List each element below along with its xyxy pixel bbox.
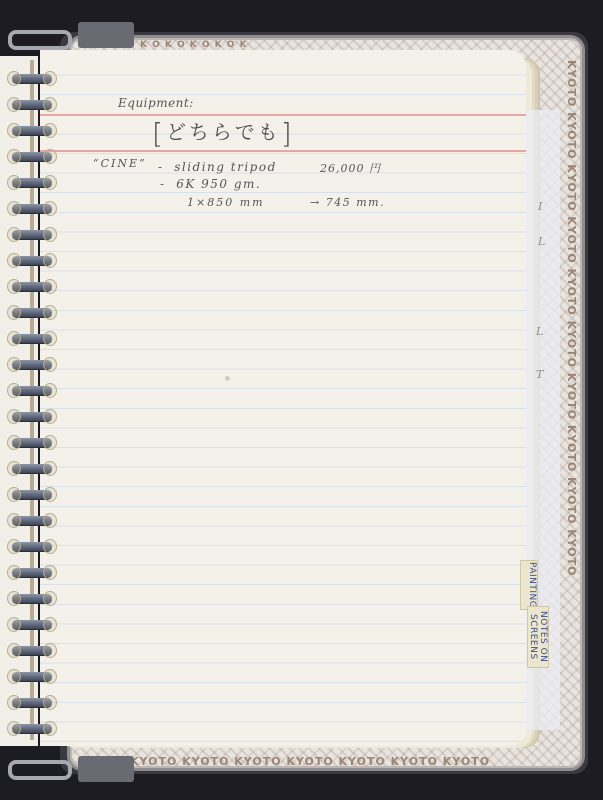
category-label: “CINE”: [93, 157, 147, 170]
coil-ring: [12, 724, 52, 733]
coil-ring: [12, 698, 52, 707]
coil-ring: [12, 568, 52, 577]
coil-ring: [12, 204, 52, 213]
item-price: 26,000 円: [320, 160, 381, 176]
item-text: sliding tripod: [174, 160, 277, 174]
coil-ring: [12, 438, 52, 447]
item-dash: -: [158, 160, 164, 174]
coil-ring: [12, 256, 52, 265]
coil-ring: [12, 360, 52, 369]
bracket-close: ]: [281, 117, 295, 150]
border-text-top: K O K O K O K O K: [140, 40, 520, 50]
coil-ring: [12, 126, 52, 135]
back-sheet-mark: T: [536, 368, 543, 381]
spiral-spine: [30, 60, 34, 740]
dimension-from: 1×850 mm: [187, 196, 265, 209]
coil-ring: [12, 308, 52, 317]
binder-ring-bottom: [8, 760, 72, 780]
japanese-text: どちらでも: [166, 120, 281, 144]
coil-ring: [12, 412, 52, 421]
coil-ring: [12, 594, 52, 603]
coil-ring: [12, 386, 52, 395]
coil-ring: [12, 334, 52, 343]
bracket-open: [: [152, 117, 166, 150]
coil-ring: [12, 542, 52, 551]
coil-ring: [12, 152, 52, 161]
back-sheet-mark: L: [538, 235, 545, 248]
binder-ring-top: [8, 30, 72, 50]
coil-ring: [12, 516, 52, 525]
item-dash: -: [160, 177, 166, 191]
coil-ring: [12, 490, 52, 499]
coil-ring: [12, 178, 52, 187]
back-sheet-mark: L: [536, 325, 543, 338]
coil-ring: [12, 464, 52, 473]
binder-clip-bottom: [78, 756, 134, 782]
coil-ring: [12, 620, 52, 629]
coil-ring: [12, 74, 52, 83]
coil-ring: [12, 646, 52, 655]
equipment-item: - sliding tripod: [158, 160, 277, 174]
border-text-right: KYOTO KYOTO KYOTO KYOTO KYOTO KYOTO KYOT…: [565, 60, 577, 760]
coil-ring: [12, 100, 52, 109]
tab-notes-on-screens[interactable]: NOTES ON SCREENS: [527, 606, 549, 668]
coil-ring: [12, 230, 52, 239]
coil-ring: [12, 282, 52, 291]
binder-clip-top: [78, 22, 134, 48]
tab-painting[interactable]: PAINTING: [520, 560, 538, 610]
coil-ring: [12, 672, 52, 681]
japanese-note: [どちらでも]: [152, 116, 295, 150]
border-text-bottom: KYOTO KYOTO KYOTO KYOTO KYOTO KYOTO KYOT…: [130, 755, 560, 768]
margin-line-bottom: [40, 150, 526, 152]
notebook-page[interactable]: [40, 50, 526, 746]
paper-speck: [225, 376, 230, 381]
back-sheet-mark: I: [538, 200, 542, 213]
item-text: 6K 950 gm.: [176, 177, 261, 191]
notes-heading: Equipment:: [118, 96, 194, 110]
dimension-to: → 745 mm.: [310, 196, 385, 209]
equipment-item: - 6K 950 gm.: [160, 177, 261, 191]
